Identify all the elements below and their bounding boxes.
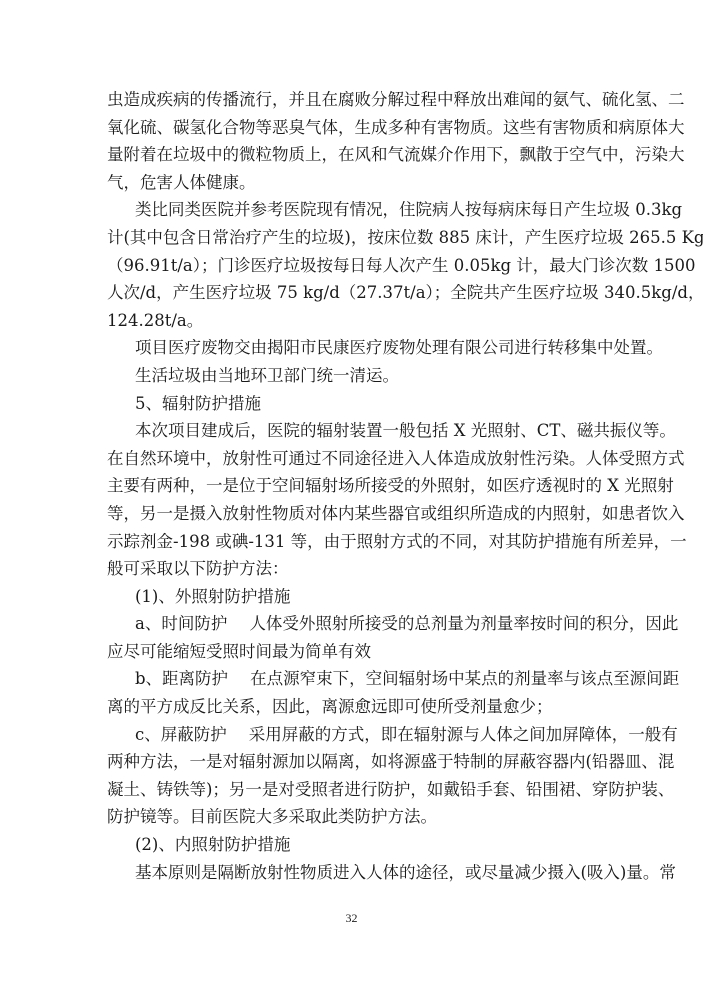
measure-text: 人体受外照射所接受的总剂量为剂量率按时间的积分，因此 (249, 614, 678, 633)
text-line: 示踪剂金-198 或碘-131 等，由于照射方式的不同，对其防护措施有所差异，一 (107, 528, 599, 556)
measure-time-line: a、时间防护人体受外照射所接受的总剂量为剂量率按时间的积分，因此 (107, 610, 599, 638)
text-line: 计(其中包含日常治疗产生的垃圾)，按床位数 885 床计，产生医疗垃圾 265.… (107, 224, 599, 252)
text-line: 防护镜等。目前医院大多采取此类防护方法。 (107, 803, 599, 831)
subsection-heading: (1)、外照射防护措施 (107, 583, 599, 611)
measure-text: 采用屏蔽的方式，即在辐射源与人体之间加屏障体，一般有 (249, 725, 678, 744)
text-line: 主要有两种，一是位于空间辐射场所接受的外照射，如医疗透视时的 X 光照射 (107, 472, 599, 500)
paragraph-start-line: 本次项目建成后，医院的辐射装置一般包括 X 光照射、CT、磁共振仪等。 (107, 417, 599, 445)
measure-distance-line: b、距离防护在点源窄束下，空间辐射场中某点的剂量率与该点至源间距 (107, 665, 599, 693)
text-line: 虫造成疾病的传播流行，并且在腐败分解过程中释放出难闻的氨气、硫化氢、二 (107, 86, 599, 114)
paragraph-start-line: 类比同类医院并参考医院现有情况，住院病人按每病床每日产生垃圾 0.3kg (107, 196, 599, 224)
paragraph-line: 生活垃圾由当地环卫部门统一清运。 (107, 362, 599, 390)
text-line: 氧化硫、碳氢化合物等恶臭气体，生成多种有害物质。这些有害物质和病原体大 (107, 114, 599, 142)
text-line: 两种方法，一是对辐射源加以隔离，如将源盛于特制的屏蔽容器内(铅器皿、混 (107, 748, 599, 776)
text-line: 离的平方成反比关系，因此，离源愈远即可使所受剂量愈少； (107, 693, 599, 721)
text-line: 在自然环境中，放射性可通过不同途径进入人体造成放射性污染。人体受照方式 (107, 445, 599, 473)
section-heading: 5、辐射防护措施 (107, 390, 599, 418)
text-line: 量附着在垃圾中的微粒物质上，在风和气流媒介作用下，飘散于空气中，污染大 (107, 141, 599, 169)
measure-shielding-line: c、屏蔽防护采用屏蔽的方式，即在辐射源与人体之间加屏障体，一般有 (107, 721, 599, 749)
text-line: 124.28t/a。 (107, 307, 599, 335)
paragraph-line: 项目医疗废物交由揭阳市民康医疗废物处理有限公司进行转移集中处置。 (107, 334, 599, 362)
text-line: 般可采取以下防护方法： (107, 555, 599, 583)
measure-label: b、距离防护 (135, 669, 228, 688)
text-line: 应尽可能缩短受照时间最为简单有效 (107, 638, 599, 666)
text-line: 气，危害人体健康。 (107, 169, 599, 197)
paragraph-start-line: 基本原则是隔断放射性物质进入人体的途径，或尽量减少摄入(吸入)量。常 (107, 859, 599, 887)
text-line: （96.91t/a）；门诊医疗垃圾按每日每人次产生 0.05kg 计，最大门诊次… (107, 252, 599, 280)
measure-label: a、时间防护 (135, 614, 227, 633)
text-line: 人次/d，产生医疗垃圾 75 kg/d（27.37t/a）；全院共产生医疗垃圾 … (107, 279, 599, 307)
subsection-heading: (2)、内照射防护措施 (107, 831, 599, 859)
body-text: 虫造成疾病的传播流行，并且在腐败分解过程中释放出难闻的氨气、硫化氢、二 氧化硫、… (107, 86, 599, 886)
page-number: 32 (0, 911, 703, 926)
measure-label: c、屏蔽防护 (135, 725, 227, 744)
text-line: 等，另一是摄入放射性物质对体内某些器官或组织所造成的内照射，如患者饮入 (107, 500, 599, 528)
measure-text: 在点源窄束下，空间辐射场中某点的剂量率与该点至源间距 (250, 669, 679, 688)
text-line: 凝土、铸铁等)；另一是对受照者进行防护，如戴铅手套、铅围裙、穿防护装、 (107, 776, 599, 804)
document-page: 虫造成疾病的传播流行，并且在腐败分解过程中释放出难闻的氨气、硫化氢、二 氧化硫、… (0, 0, 703, 994)
